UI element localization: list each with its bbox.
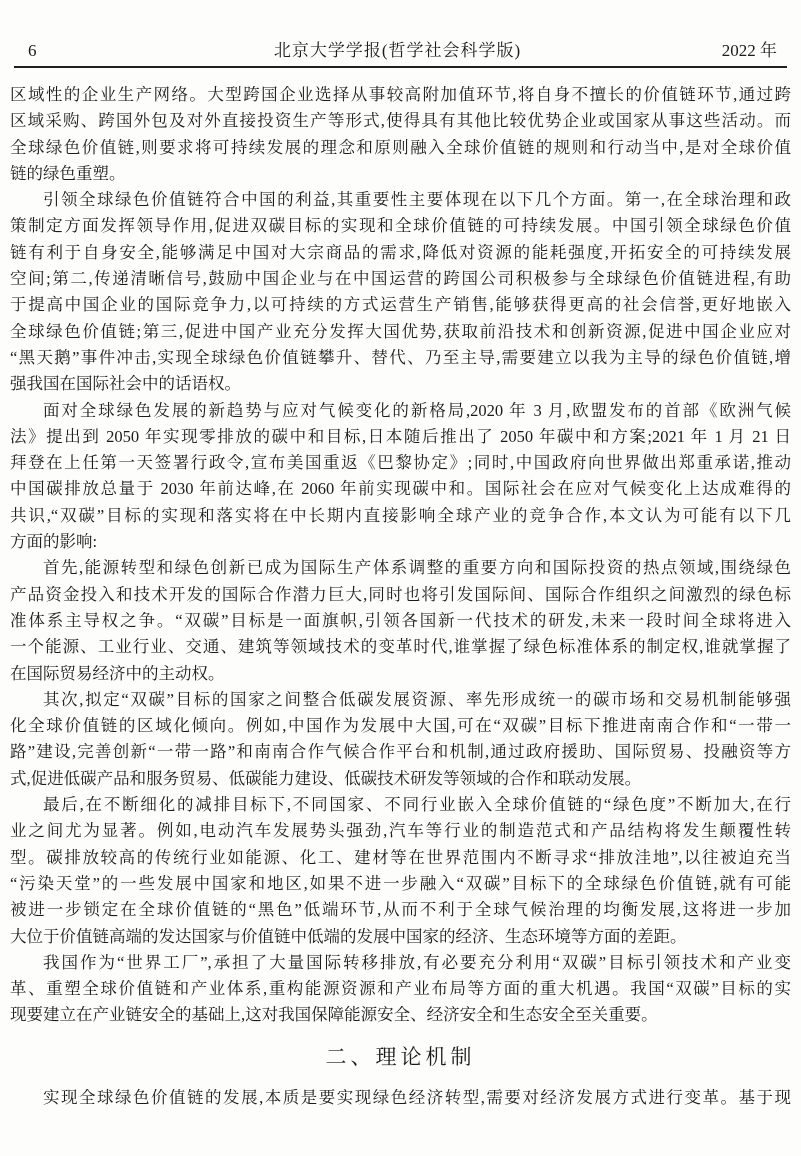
text-line: 区域性的企业生产网络。大型跨国企业选择从事较高附加值环节,将自身不擅长的价值链环… — [10, 82, 791, 108]
text-line: 准体系主导权之争。“双碳”目标是一面旗帜,引领各国新一代技术的研发,未来一段时间… — [10, 608, 791, 634]
text-line: 拜登在上任第一天签署行政令,宣布美国重返《巴黎协定》;同时,中国政府向世界做出郑… — [10, 450, 791, 476]
text-line: 最后,在不断细化的减排目标下,不同国家、不同行业嵌入全球价值链的“绿色度”不断加… — [10, 792, 791, 818]
page-number: 6 — [28, 41, 88, 61]
text-line: 式,促进低碳产品和服务贸易、低碳能力建设、低碳技术研发等领域的合作和联动发展。 — [10, 766, 791, 792]
text-line: 大位于价值链高端的发达国家与价值链中低端的发展中国家的经济、生态环境等方面的差距… — [10, 924, 791, 950]
text-line: 路”建设,完善创新“一带一路”和南南合作气候合作平台和机制,通过政府援助、国际贸… — [10, 739, 791, 765]
text-line: 全球绿色价值链,则要求将可持续发展的理念和原则融入全球价值链的规则和行动当中,是… — [10, 135, 791, 161]
text-line: 区域采购、跨国外包及对外直接投资生产等形式,使得具有其他比较优势企业或国家从事这… — [10, 108, 791, 134]
body-text-block-1: 区域性的企业生产网络。大型跨国企业选择从事较高附加值环节,将自身不擅长的价值链环… — [10, 82, 791, 1029]
text-line: 于提高中国企业的国际竞争力,以可持续的方式运营生产销售,能够获得更高的社会信誉,… — [10, 292, 791, 318]
text-line: 业之间尤为显著。例如,电动汽车发展势头强劲,汽车等行业的制造范式和产品结构将发生… — [10, 818, 791, 844]
text-line: 链的绿色重塑。 — [10, 161, 791, 187]
section-heading: 二、理论机制 — [0, 1041, 801, 1071]
journal-title: 北京大学学报(哲学社会科学版) — [88, 36, 707, 61]
text-line: 强我国在国际社会中的话语权。 — [10, 371, 791, 397]
text-line: “污染天堂”的一些发展中国家和地区,如果不进一步融入“双碳”目标下的全球绿色价值… — [10, 871, 791, 897]
text-line: 实现全球绿色价值链的发展,本质是要实现绿色经济转型,需要对经济发展方式进行变革。… — [10, 1085, 791, 1111]
text-line: 革、重塑全球价值链和产业体系,重构能源资源和产业布局等方面的重大机遇。我国“双碳… — [10, 976, 791, 1002]
text-line: 其次,拟定“双碳”目标的国家之间整合低碳发展资源、率先形成统一的碳市场和交易机制… — [10, 687, 791, 713]
text-line: 产品资金投入和技术开发的国际合作潜力巨大,同时也将引发国际间、国际合作组织之间激… — [10, 582, 791, 608]
text-line: 被进一步锁定在全球价值链的“黑色”低端环节,从而不利于全球气候治理的均衡发展,这… — [10, 897, 791, 923]
text-line: 方面的影响: — [10, 529, 791, 555]
text-line: 空间;第二,传递清晰信号,鼓励中国企业与在中国运营的跨国公司积极参与全球绿色价值… — [10, 266, 791, 292]
text-line: 一个能源、工业行业、交通、建筑等领域技术的变革时代,谁掌握了绿色标准体系的制定权… — [10, 634, 791, 660]
text-line: 法》提出到 2050 年实现零排放的碳中和目标,日本随后推出了 2050 年碳中… — [10, 424, 791, 450]
text-line: 在国际贸易经济中的主动权。 — [10, 661, 791, 687]
text-line: 引领全球绿色价值链符合中国的利益,其重要性主要体现在以下几个方面。第一,在全球治… — [10, 187, 791, 213]
text-line: 共识,“双碳”目标的实现和落实将在中长期内直接影响全球产业的竞争合作,本文认为可… — [10, 503, 791, 529]
text-line: 我国作为“世界工厂”,承担了大量国际转移排放,有必要充分利用“双碳”目标引领技术… — [10, 950, 791, 976]
body-text-block-2: 实现全球绿色价值链的发展,本质是要实现绿色经济转型,需要对经济发展方式进行变革。… — [10, 1085, 791, 1111]
page-header: 6 北京大学学报(哲学社会科学版) 2022 年 — [14, 0, 787, 68]
text-line: 化全球价值链的区域化倾向。例如,中国作为发展中大国,可在“双碳”目标下推进南南合… — [10, 713, 791, 739]
text-line: 全球绿色价值链;第三,促进中国产业充分发挥大国优势,获取前沿技术和创新资源,促进… — [10, 319, 791, 345]
text-line: 策制定方面发挥领导作用,促进双碳目标的实现和全球价值链的可持续发展。中国引领全球… — [10, 213, 791, 239]
text-line: 型。碳排放较高的传统行业如能源、化工、建材等在世界范围内不断寻求“排放洼地”,以… — [10, 845, 791, 871]
text-line: 中国碳排放总量于 2030 年前达峰,在 2060 年前实现碳中和。国际社会在应… — [10, 476, 791, 502]
journal-page: 6 北京大学学报(哲学社会科学版) 2022 年 区域性的企业生产网络。大型跨国… — [0, 0, 801, 1156]
text-line: 现要建立在产业链安全的基础上,这对我国保障能源安全、经济安全和生态安全至关重要。 — [10, 1002, 791, 1028]
publication-year: 2022 年 — [707, 36, 777, 61]
text-line: “黑天鹅”事件冲击,实现全球绿色价值链攀升、替代、乃至主导,需要建立以我为主导的… — [10, 345, 791, 371]
text-line: 链有利于自身安全,能够满足中国对大宗商品的需求,降低对资源的能耗强度,开拓安全的… — [10, 240, 791, 266]
text-line: 面对全球绿色发展的新趋势与应对气候变化的新格局,2020 年 3 月,欧盟发布的… — [10, 398, 791, 424]
text-line: 首先,能源转型和绿色创新已成为国际生产体系调整的重要方向和国际投资的热点领域,围… — [10, 555, 791, 581]
